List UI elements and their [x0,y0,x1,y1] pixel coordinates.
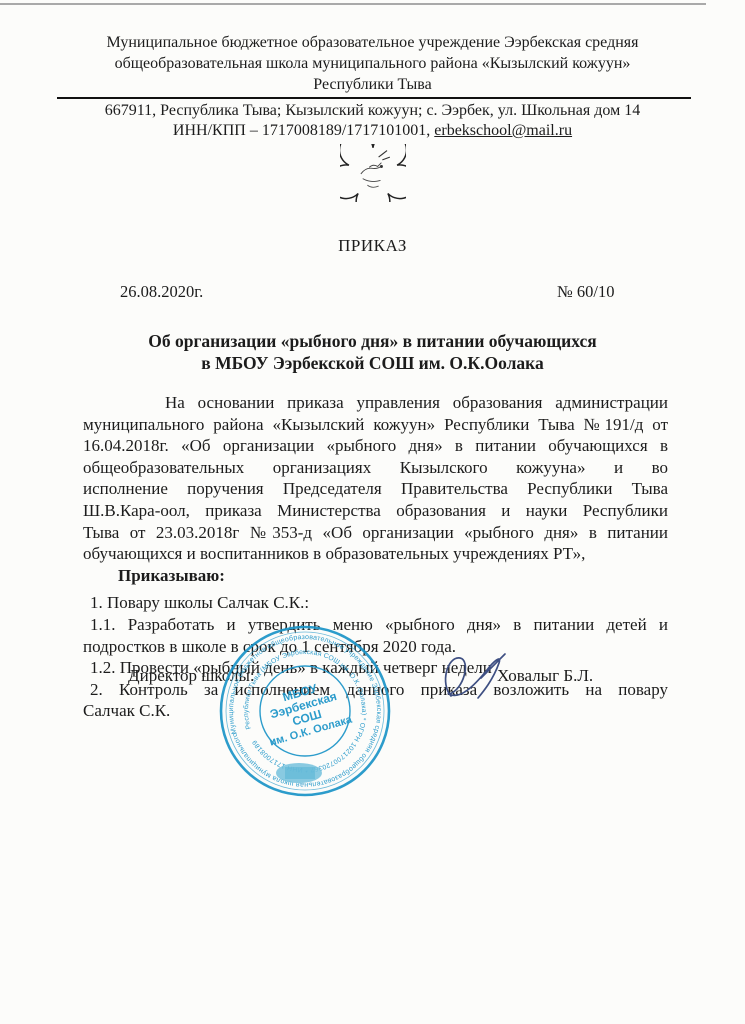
scanned-order-document: Муниципальное бюджетное образовательное … [0,0,745,1024]
body-line: обучающихся и воспитанников в образовате… [83,543,668,565]
org-name-line: Муниципальное бюджетное образовательное … [0,32,745,53]
body-line: Ш.В.Кара-оол, приказа Министерства образ… [83,500,668,522]
inn-kpp-line: ИНН/КПП – 1717008189/1717101001, erbeksc… [0,121,745,141]
body-line: муниципального района «Кызылский кожуун»… [83,414,668,436]
email-text: erbekschool@mail.ru [434,122,572,139]
org-name-line: общеобразовательная школа муниципального… [0,53,745,74]
body-line: исполнение поручения Председателя Правит… [83,478,668,500]
official-round-stamp: Муниципальное бюджетное общеобразователь… [214,620,396,802]
emblem-container [0,144,745,202]
address-line: 667911, Республика Тыва; Кызылский кожуу… [0,101,745,121]
document-number: № 60/10 [557,282,614,302]
title-line: Об организации «рыбного дня» в питании о… [0,330,745,352]
signature-ink [433,644,543,706]
body-line: 16.04.2018г. «Об организации «рыбного дн… [83,435,668,457]
body-line: общеобразовательных организациях Кызылск… [83,457,668,479]
resolve-word: Приказываю: [83,565,668,587]
document-title: Об организации «рыбного дня» в питании о… [0,330,745,374]
inn-kpp-text: ИНН/КПП – 1717008189/1717101001, [173,122,434,139]
order-line: 1. Повару школы Салчак С.К.: [83,592,668,614]
scan-artifact-line [0,3,706,5]
header-divider [57,97,691,99]
body-line: Тыва от 23.03.2018г №353-д «Об организац… [83,522,668,544]
school-emblem-icon [340,144,406,202]
body-line: На основании приказа управления образова… [83,392,668,414]
contact-block: 667911, Республика Тыва; Кызылский кожуу… [0,101,745,141]
organization-header: Муниципальное бюджетное образовательное … [0,0,745,95]
document-date: 26.08.2020г. [120,282,203,302]
date-number-row: 26.08.2020г. № 60/10 [0,282,745,304]
org-name-line: Республики Тыва [0,74,745,95]
title-line: в МБОУ Ээрбекской СОШ им. О.К.Оолака [0,352,745,374]
document-type-heading: ПРИКАЗ [0,236,745,256]
